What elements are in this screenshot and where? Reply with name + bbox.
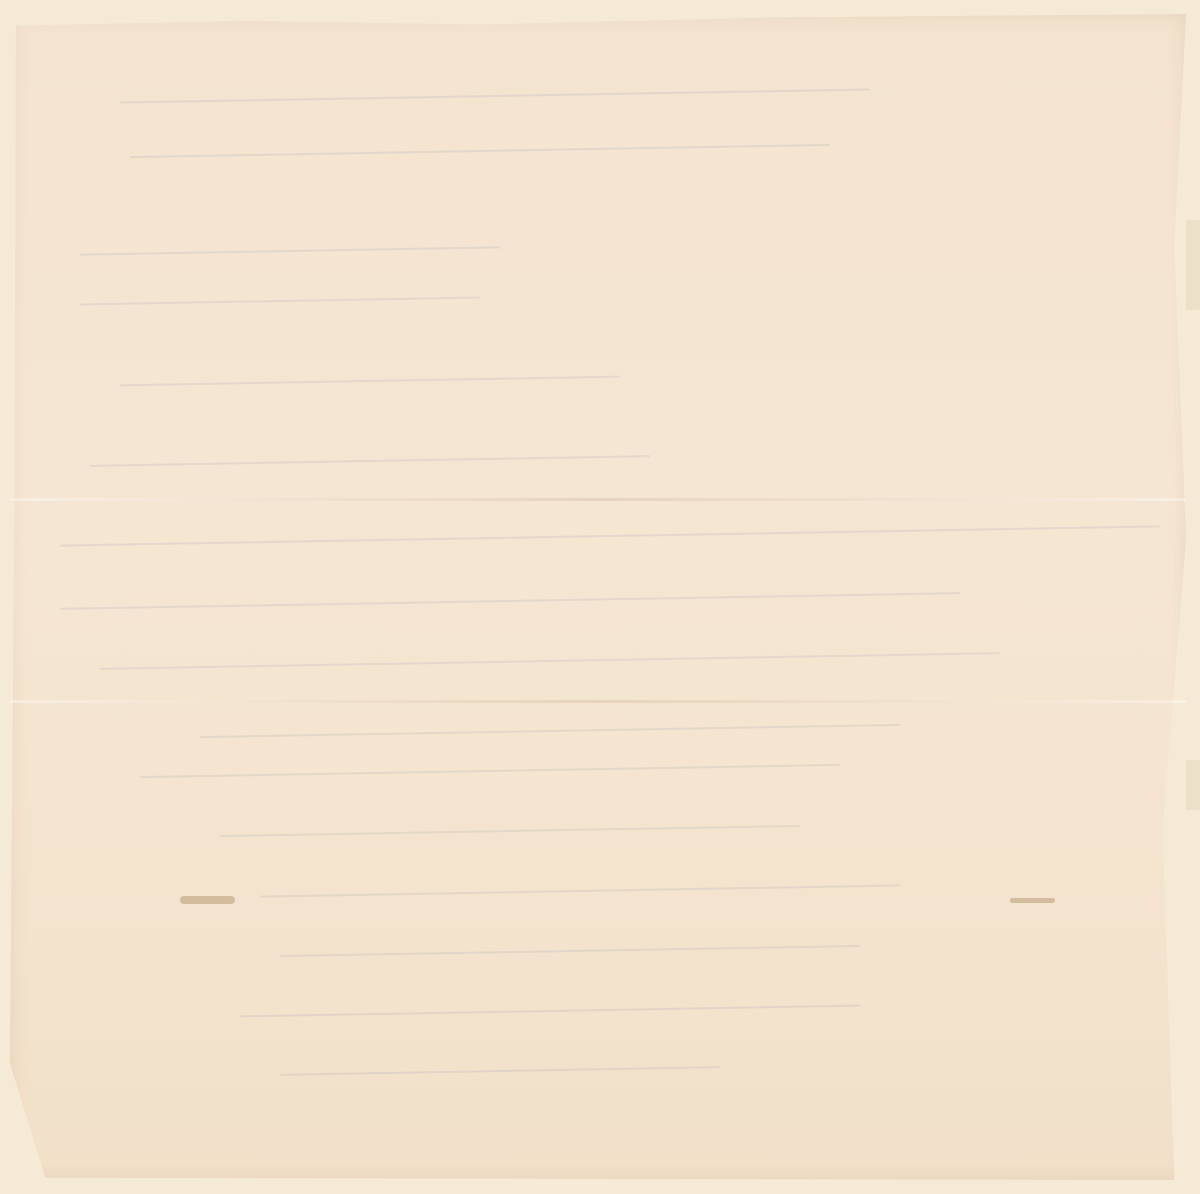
fold-line [10,700,1186,703]
torn-edge [1186,220,1200,310]
paper-sheet [10,14,1186,1180]
ink-stain [180,896,235,904]
ink-stain [1010,898,1055,903]
torn-edge [1186,760,1200,810]
fold-line [10,498,1186,501]
